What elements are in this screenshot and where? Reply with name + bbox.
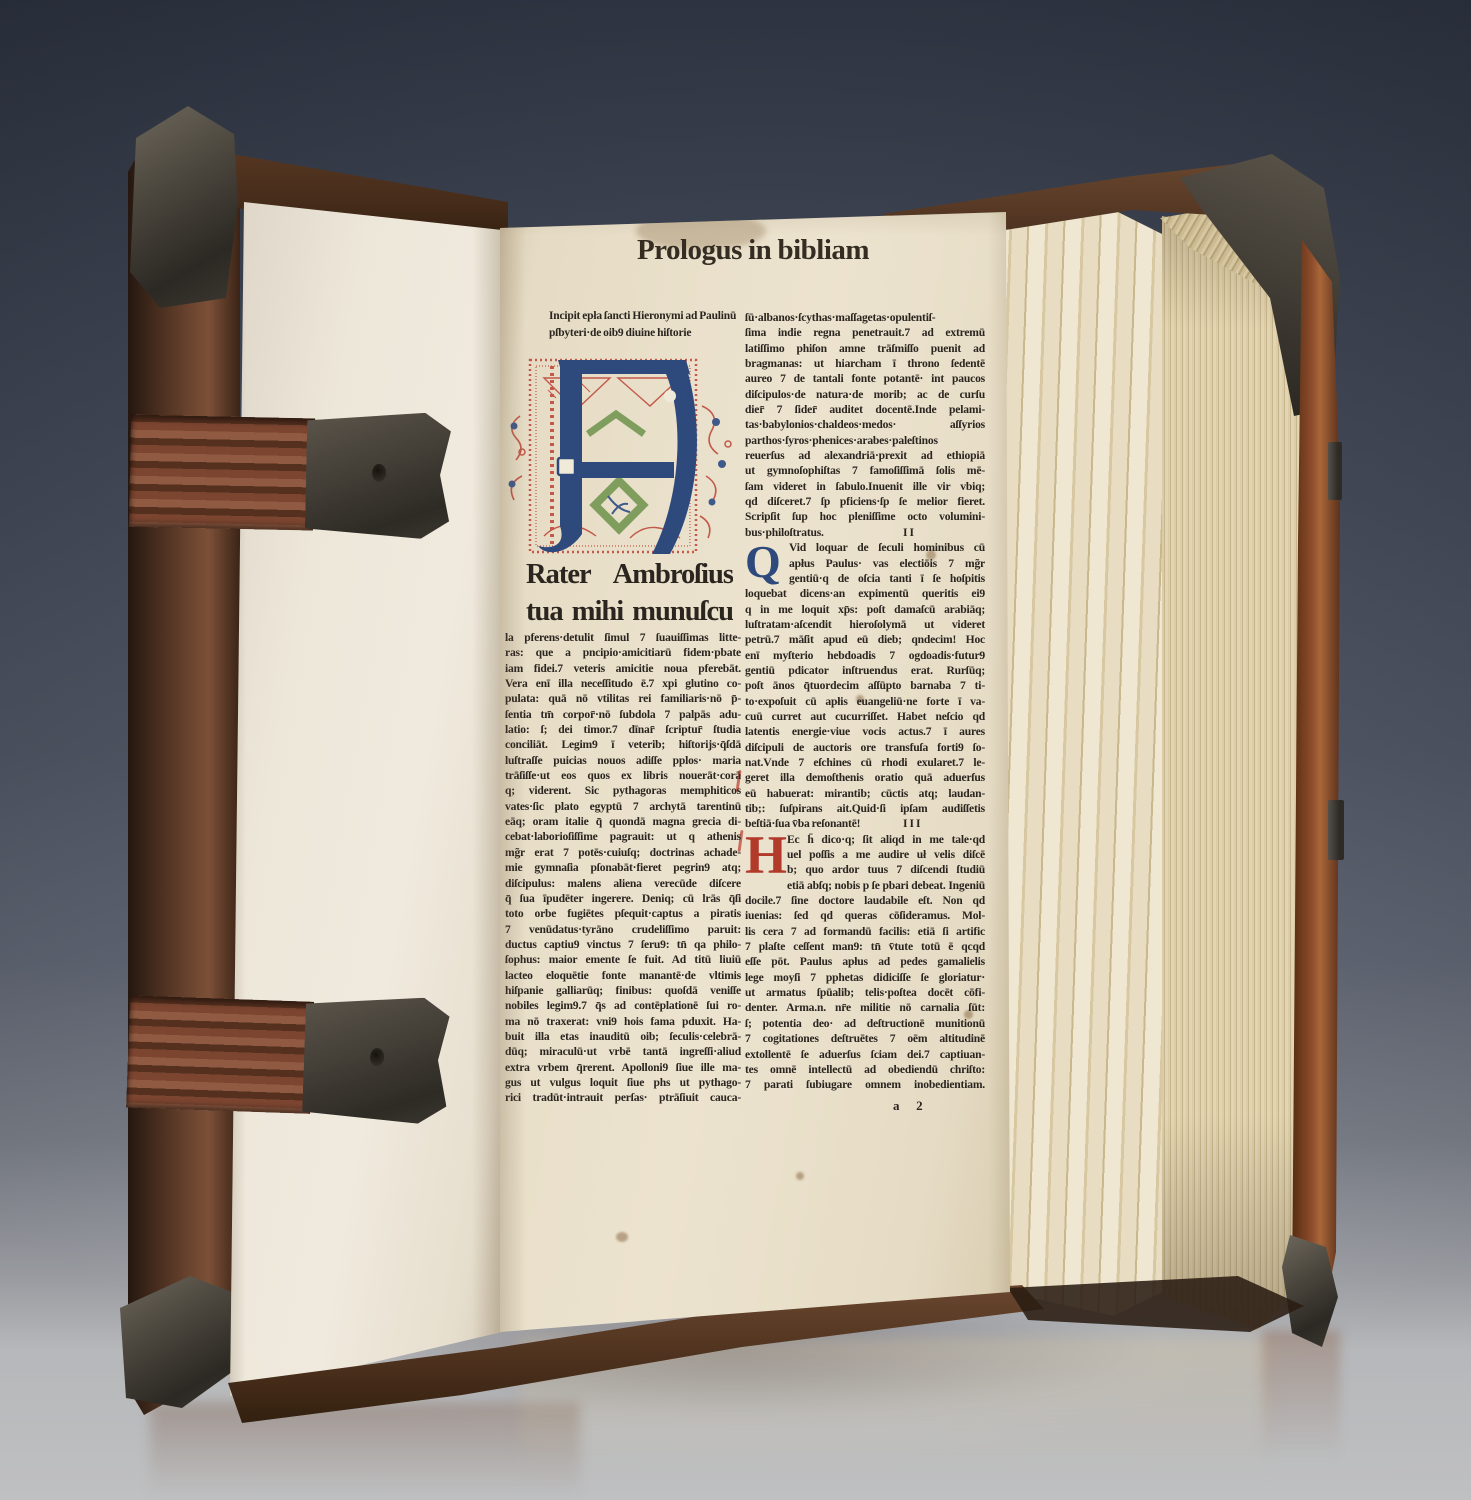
opening-large-lines: Rater Ambroſiustua mihi munuſcu — [526, 556, 733, 630]
quire-signature: a 2 — [745, 1098, 985, 1114]
section-divider-line: bus·philoſtratus. II — [745, 525, 985, 540]
strap-metal-catch — [302, 994, 450, 1125]
printed-recto-page: Prologus in bibliam Incipit epła ſancti … — [496, 210, 1010, 1336]
paragraph-end-text: bus·philoſtratus. — [745, 526, 824, 539]
text-column-right: ſū·albanos·ſcythas·maſſagetas·opulentiſ-… — [745, 310, 985, 1114]
strap-leather — [126, 995, 314, 1113]
illuminated-initial-F — [500, 356, 742, 556]
col2-paragraph-3: H Ec h̄ dico·q; ſit aliqd in me tale·qdu… — [745, 832, 985, 1093]
strap-leather — [129, 415, 315, 531]
foxing-spot — [616, 1232, 628, 1242]
metal-clasp-catch-lower — [1328, 800, 1344, 860]
col2-paragraph-1: ſū·albanos·ſcythas·maſſagetas·opulentiſ-… — [745, 310, 985, 525]
paragraph-end-text: beſtiā·ſua v̄ba reſonantē! — [745, 817, 860, 830]
metal-corner-top-left — [130, 106, 238, 308]
metal-clasp-catch-upper — [1328, 442, 1342, 500]
page-heading: Prologus in bibliam — [496, 234, 1010, 267]
drop-cap-H: H — [745, 832, 787, 879]
floor-reflection-right — [1262, 1330, 1340, 1460]
front-board-leather-edge — [128, 130, 240, 1415]
initial-artwork — [500, 356, 742, 556]
clasp-strap-upper — [129, 407, 452, 544]
section-number-III: III — [903, 816, 923, 831]
clasp-strap-lower — [126, 987, 450, 1128]
photo-backdrop: Prologus in bibliam Incipit epła ſancti … — [0, 0, 1471, 1500]
section-divider-line: beſtiā·ſua v̄ba reſonantē! III — [745, 816, 985, 831]
blank-verso-page — [228, 200, 502, 1396]
foxing-spot — [796, 1172, 804, 1180]
incipit: Incipit epła ſancti Hieronymi ad Paulinū… — [505, 308, 741, 341]
section-number-II: II — [903, 525, 916, 540]
drop-cap-Q: Q — [745, 540, 789, 586]
col2-paragraph-2: Q Vid loquar de ſeculi hominibus cūapłus… — [745, 540, 985, 816]
page-content: Prologus in bibliam Incipit epła ſancti … — [496, 210, 1010, 1336]
floor-reflection-left — [150, 1402, 580, 1497]
strap-metal-catch — [305, 410, 452, 539]
text-column-left: la pferens·detulit ſimul 7 ſuauiſſimas l… — [505, 630, 741, 1106]
